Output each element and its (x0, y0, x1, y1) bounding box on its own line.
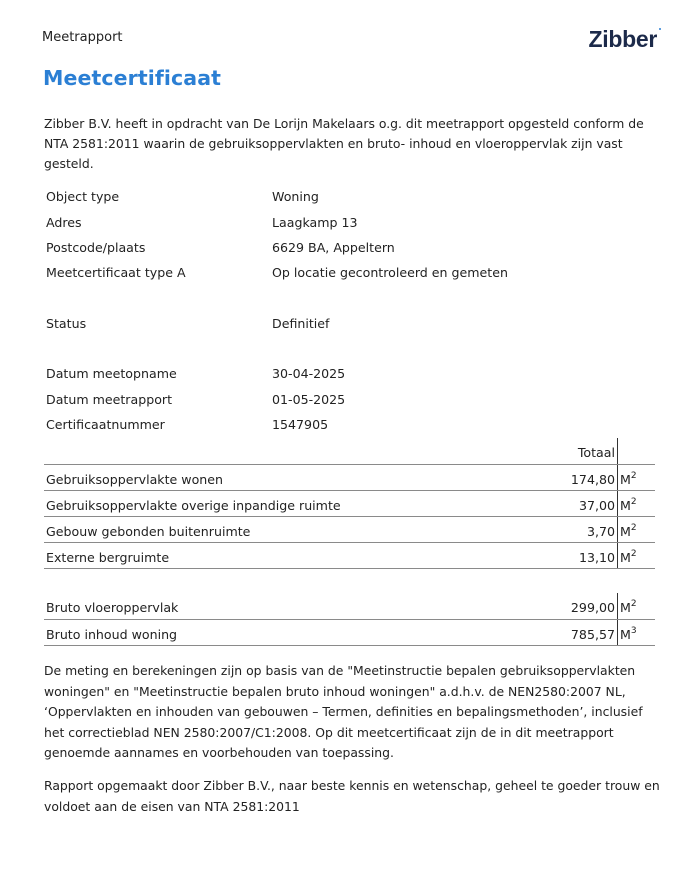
status-value: Definitief (272, 316, 329, 331)
row-value: 13,10 (579, 550, 615, 565)
info-label: Datum meetopname (46, 366, 177, 381)
table-row: Gebruiksoppervlakte wonen 174,80 M2 (44, 465, 655, 491)
info-value: Woning (272, 189, 319, 204)
row-label: Bruto vloeroppervlak (46, 600, 178, 615)
page-title: Meetcertificaat (43, 66, 221, 90)
info-label: Status (46, 316, 86, 331)
info-value: Op locatie gecontroleerd en gemeten (272, 265, 508, 280)
row-label: Externe bergruimte (46, 550, 169, 565)
row-unit: M2 (620, 472, 637, 487)
bruto-table: Bruto vloeroppervlak 299,00 M2 Bruto inh… (44, 593, 655, 647)
report-type-label: Meetrapport (42, 30, 123, 45)
info-label: Adres (46, 215, 82, 230)
row-unit: M2 (620, 498, 637, 513)
table-row: Bruto inhoud woning 785,57 M3 (44, 620, 655, 646)
methodology-paragraph: De meting en berekeningen zijn op basis … (44, 661, 664, 764)
info-value: Laagkamp 13 (272, 215, 358, 230)
info-value: 30-04-2025 (272, 366, 345, 381)
table-row: Gebruiksoppervlakte overige inpandige ru… (44, 491, 655, 517)
row-label: Gebruiksoppervlakte wonen (46, 472, 223, 487)
info-label: Postcode/plaats (46, 240, 145, 255)
area-table: Totaal Gebruiksoppervlakte wonen 174,80 … (44, 438, 655, 570)
info-label: Certificaatnummer (46, 417, 165, 432)
row-unit: M2 (620, 524, 637, 539)
declaration-paragraph: Rapport opgemaakt door Zibber B.V., naar… (44, 776, 664, 817)
intro-paragraph: Zibber B.V. heeft in opdracht van De Lor… (44, 114, 659, 174)
row-unit: M2 (620, 600, 637, 615)
table-header-row: Totaal (44, 438, 655, 464)
row-label: Gebouw gebonden buitenruimte (46, 524, 250, 539)
row-divider (44, 568, 655, 569)
table-row: Externe bergruimte 13,10 M2 (44, 543, 655, 569)
row-divider (44, 645, 655, 646)
row-value: 37,00 (579, 498, 615, 513)
column-header-total: Totaal (578, 445, 615, 460)
info-label: Datum meetrapport (46, 392, 172, 407)
info-label: Meetcertificaat type A (46, 265, 186, 280)
logo-dot-icon (659, 28, 661, 30)
logo-text: Zibber (589, 26, 657, 52)
row-unit: M2 (620, 550, 637, 565)
row-value: 785,57 (571, 627, 615, 642)
table-row: Gebouw gebonden buitenruimte 3,70 M2 (44, 517, 655, 543)
row-value: 299,00 (571, 600, 615, 615)
row-label: Gebruiksoppervlakte overige inpandige ru… (46, 498, 341, 513)
row-value: 174,80 (571, 472, 615, 487)
info-value: 1547905 (272, 417, 328, 432)
row-unit: M3 (620, 627, 637, 642)
info-value: 01-05-2025 (272, 392, 345, 407)
zibber-logo: Zibber (589, 26, 657, 53)
row-label: Bruto inhoud woning (46, 627, 177, 642)
row-value: 3,70 (587, 524, 615, 539)
info-value: 6629 BA, Appeltern (272, 240, 395, 255)
info-label: Object type (46, 189, 119, 204)
table-row: Bruto vloeroppervlak 299,00 M2 (44, 593, 655, 619)
